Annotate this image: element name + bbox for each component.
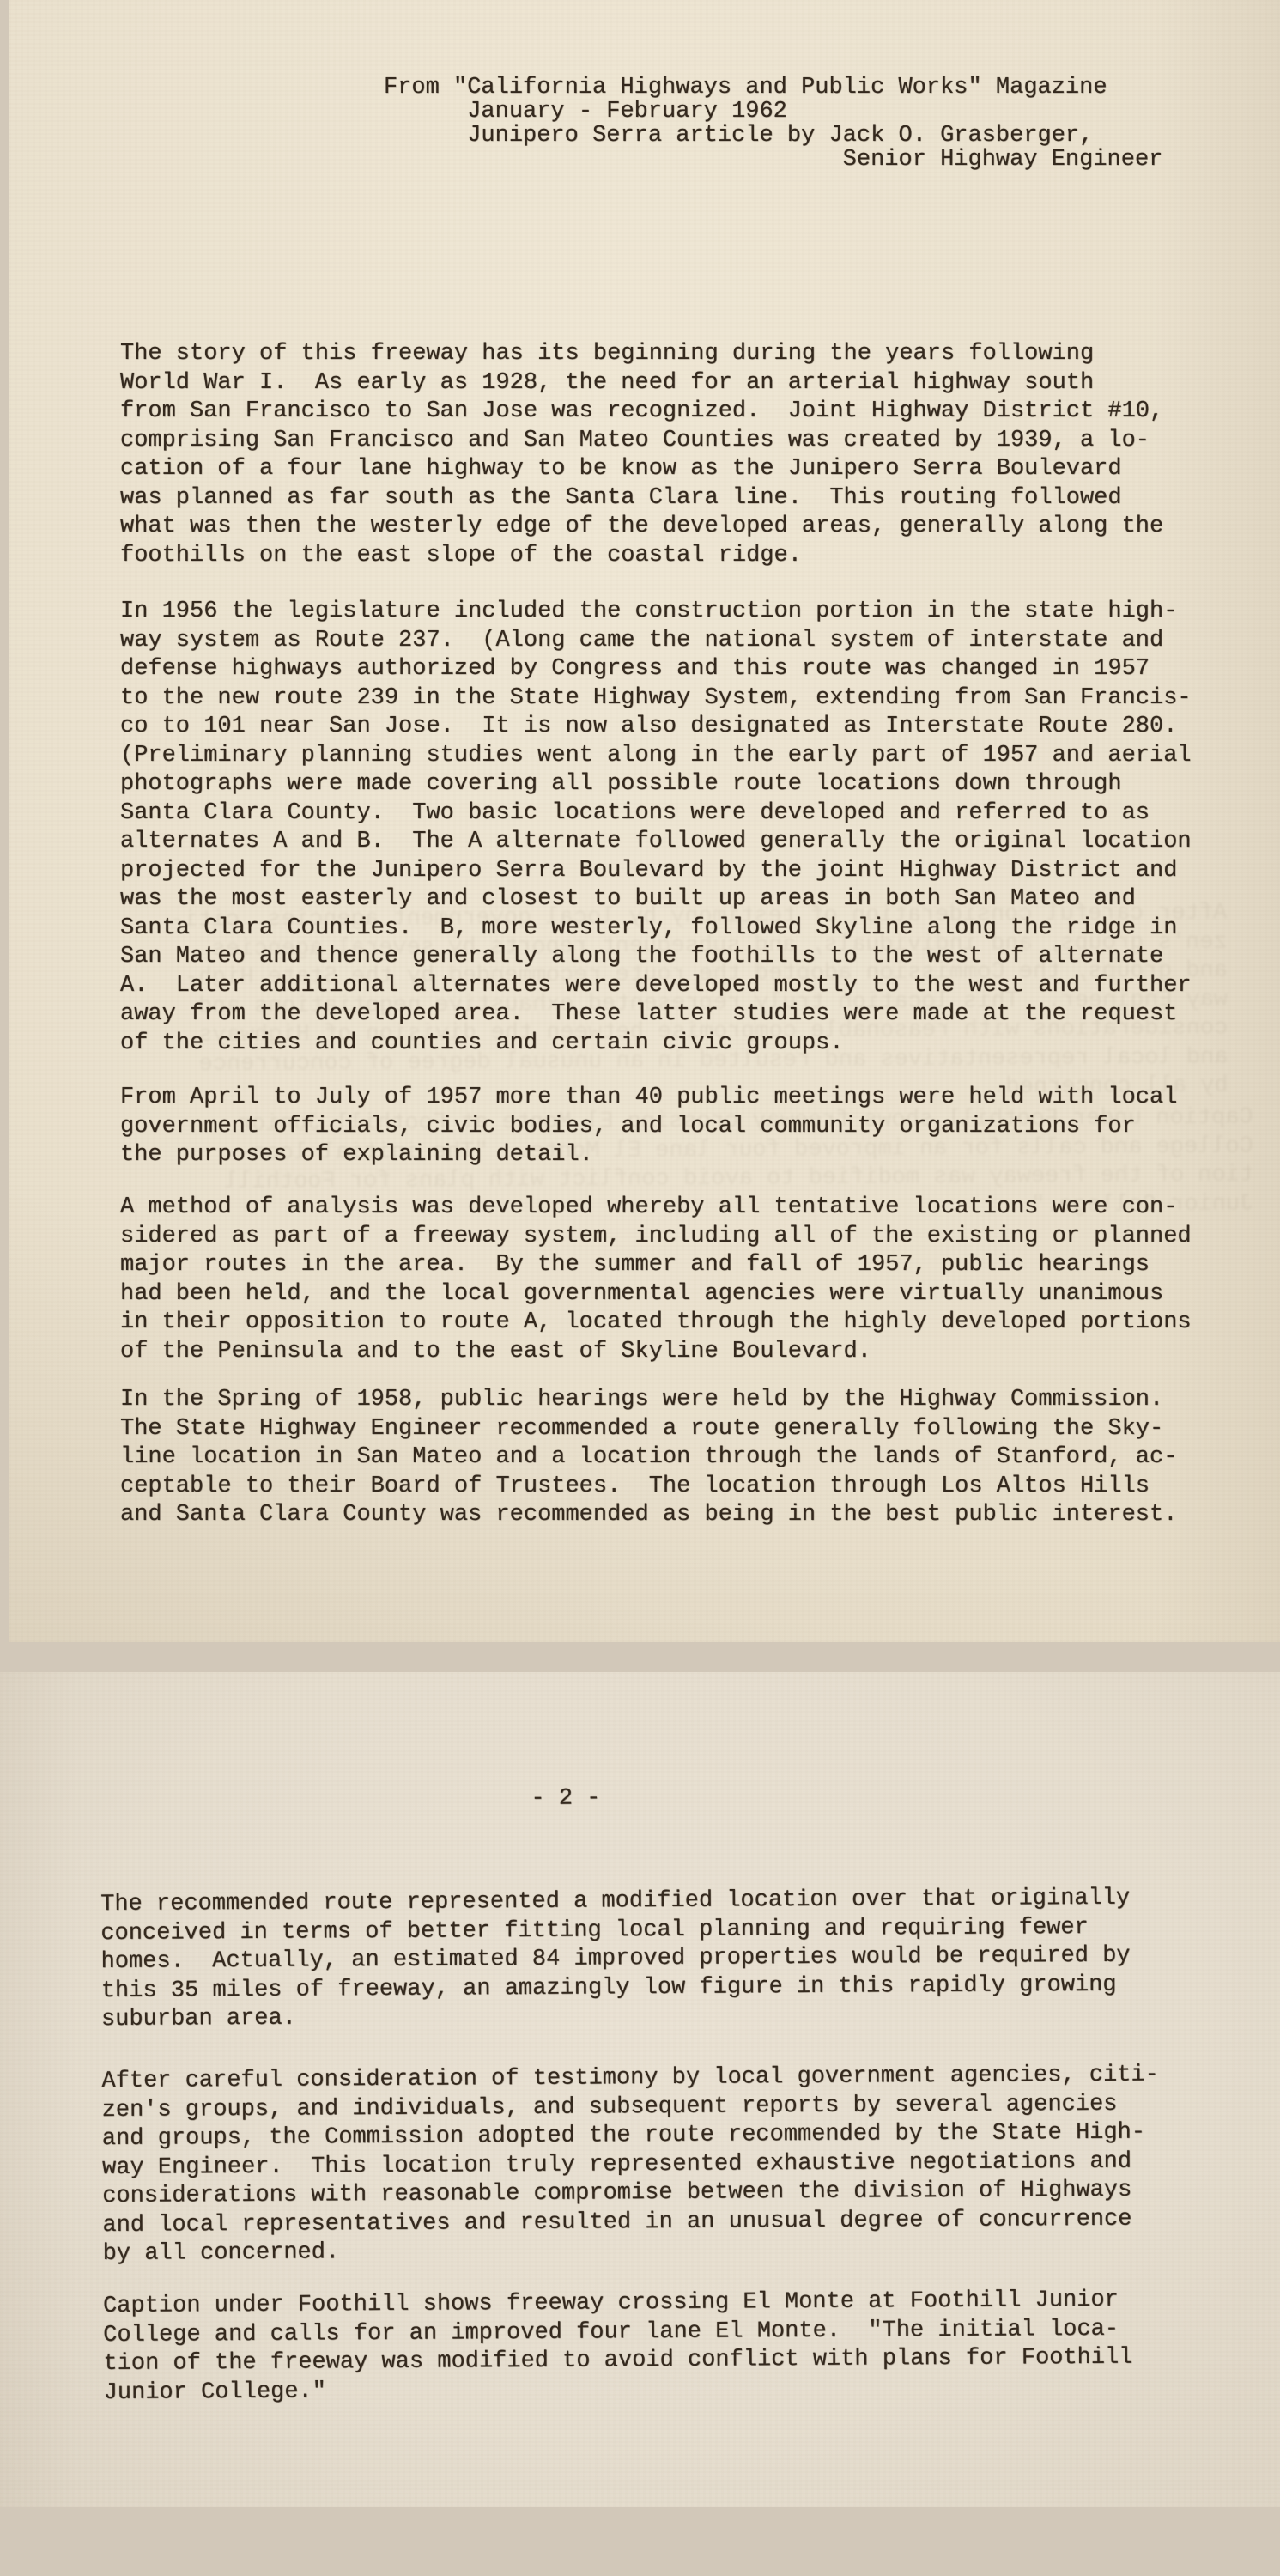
page-number: - 2 - <box>531 1785 600 1814</box>
paragraph-foothill-caption: Caption under Foothill shows freeway cro… <box>103 2287 1133 2408</box>
page-2-content: - 2 - The recommended route represented … <box>0 1672 1280 2507</box>
paragraph-recommended-route: The recommended route represented a modi… <box>100 1885 1131 2035</box>
paragraph-commission-adoption: After careful consideration of testimony… <box>101 2062 1160 2269</box>
scanned-document: From "California Highways and Public Wor… <box>0 0 1280 2576</box>
paragraph-method-of-analysis: A method of analysis was developed where… <box>120 1194 1192 1366</box>
paragraph-1956-legislature: In 1956 the legislature included the con… <box>120 598 1192 1058</box>
document-page-2: - 2 - The recommended route represented … <box>0 1672 1280 2507</box>
source-attribution-header: From "California Highways and Public Wor… <box>384 76 1162 172</box>
paragraph-1958-hearings: In the Spring of 1958, public hearings w… <box>120 1386 1177 1530</box>
document-page-1: From "California Highways and Public Wor… <box>9 0 1280 1642</box>
paragraph-freeway-story: The story of this freeway has its beginn… <box>120 340 1163 570</box>
paragraph-public-meetings: From April to July of 1957 more than 40 … <box>120 1084 1177 1170</box>
